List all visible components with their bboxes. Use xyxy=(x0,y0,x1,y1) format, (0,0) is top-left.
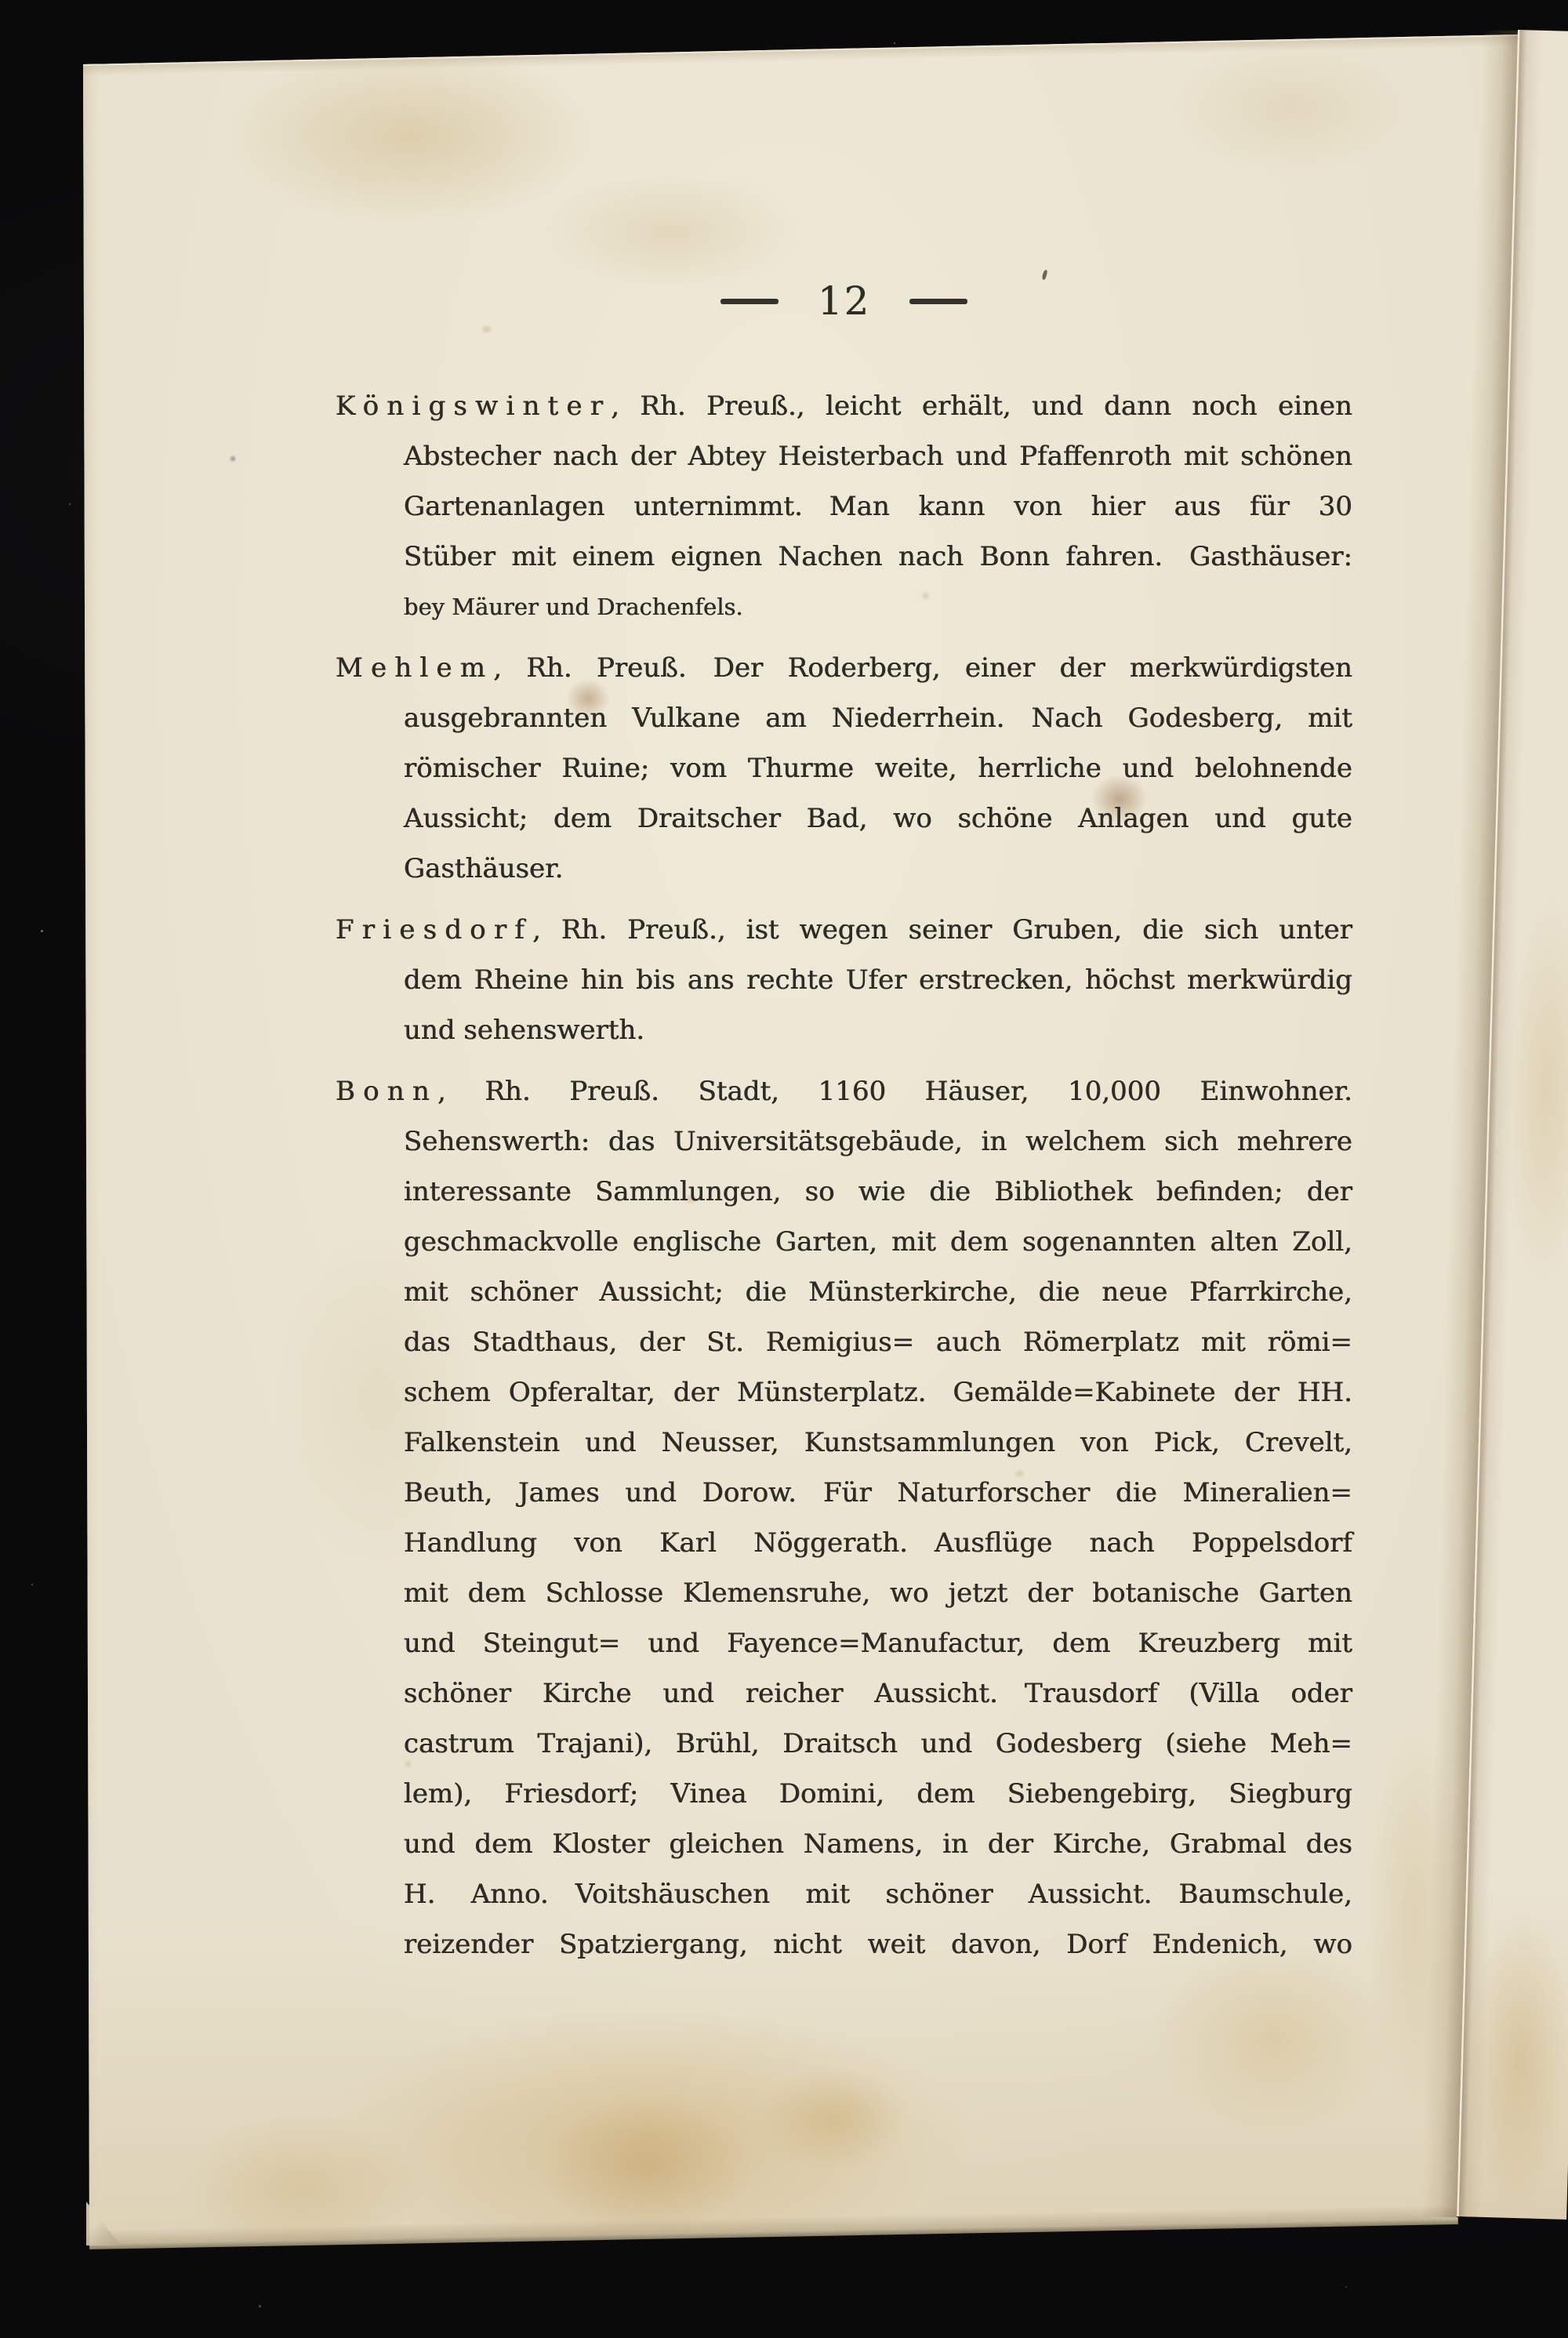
dust-speck xyxy=(894,42,895,44)
text-line: mit schöner Aussicht; die Münsterkirche,… xyxy=(336,1267,1352,1317)
page-left-edge xyxy=(82,63,99,2245)
entry-first-line-rest: , Rh. Preuß., leicht erhält, und dann no… xyxy=(611,390,1352,422)
text-line: und sehenswerth. xyxy=(336,1005,1352,1055)
entry-friesdorf: Friesdorf, Rh. Preuß., ist wegen seiner … xyxy=(336,905,1352,1055)
page-header: — 12 — xyxy=(336,276,1352,326)
text-line: mit dem Schlosse Klemensruhe, wo jetzt d… xyxy=(336,1568,1352,1618)
text-line: Falkenstein und Neusser, Kunstsammlungen… xyxy=(336,1418,1352,1468)
entry-bonn: Bonn, Rh. Preuß. Stadt, 1160 Häuser, 10,… xyxy=(336,1066,1352,1970)
text-line: Bonn, Rh. Preuß. Stadt, 1160 Häuser, 10,… xyxy=(336,1066,1352,1116)
page-number: 12 xyxy=(818,278,871,324)
page-top-edge xyxy=(82,34,1524,76)
text-line: das Stadthaus, der St. Remigius= auch Rö… xyxy=(336,1317,1352,1367)
entry-headword: Bonn xyxy=(336,1076,437,1107)
text-line: Gasthäuser. xyxy=(336,844,1352,894)
text-line: lem), Friesdorf; Vinea Domini, dem Siebe… xyxy=(336,1769,1352,1819)
text-line: Beuth, James und Dorow. Für Naturforsche… xyxy=(336,1468,1352,1518)
dust-speck xyxy=(259,2305,261,2307)
entry-headword: Mehlem xyxy=(336,652,493,684)
header-rule-right: — xyxy=(909,299,967,304)
text-line: Gartenanlagen unternimmt. Man kann von h… xyxy=(336,481,1352,532)
text-line: schem Opferaltar, der Münsterplatz. Gemä… xyxy=(336,1367,1352,1418)
dust-speck xyxy=(69,503,71,505)
text-line: Stüber mit einem eignen Nachen nach Bonn… xyxy=(336,532,1352,582)
text-line: Handlung von Karl Nöggerath. Ausflüge na… xyxy=(336,1518,1352,1568)
entry-first-line-rest: , Rh. Preuß., ist wegen seiner Gruben, d… xyxy=(532,914,1352,946)
text-line: reizender Spatziergang, nicht weit davon… xyxy=(336,1919,1352,1970)
text-line: castrum Trajani), Brühl, Draitsch und Go… xyxy=(336,1719,1352,1769)
text-line: Mehlem, Rh. Preuß. Der Roderberg, einer … xyxy=(336,643,1352,693)
header-rule-left: — xyxy=(720,299,779,304)
text-line: H. Anno. Voitshäuschen mit schöner Aussi… xyxy=(336,1869,1352,1919)
text-line: Friesdorf, Rh. Preuß., ist wegen seiner … xyxy=(336,905,1352,955)
black-backing-cloth: — 12 — Königswinter, Rh. Preuß., leicht … xyxy=(0,0,1568,2338)
entry-headword: Friesdorf xyxy=(336,914,532,946)
text-line: Königswinter, Rh. Preuß., leicht erhält,… xyxy=(336,381,1352,431)
text-line: Abstecher nach der Abtey Heisterbach und… xyxy=(336,431,1352,481)
entry-first-line-rest: , Rh. Preuß. Stadt, 1160 Häuser, 10,000 … xyxy=(437,1076,1352,1107)
text-line: Sehenswerth: das Universitätsgebäude, in… xyxy=(336,1116,1352,1167)
text-line: dem Rheine hin bis ans rechte Ufer erstr… xyxy=(336,955,1352,1005)
entry-mehlem: Mehlem, Rh. Preuß. Der Roderberg, einer … xyxy=(336,643,1352,894)
entry-first-line-rest: , Rh. Preuß. Der Roderberg, einer der me… xyxy=(493,652,1352,684)
entry-headword: Königswinter xyxy=(336,390,611,422)
text-line: interessante Sammlungen, so wie die Bibl… xyxy=(336,1167,1352,1217)
text-line: Aussicht; dem Draitscher Bad, wo schöne … xyxy=(336,793,1352,844)
text-line: römischer Ruine; vom Thurme weite, herrl… xyxy=(336,743,1352,793)
text-line: und Steingut= und Fayence=Manufactur, de… xyxy=(336,1618,1352,1668)
scan-root: { "header": { "left_dash": "\u2014", "pa… xyxy=(0,0,1568,2338)
text-line: bey Mäurer und Drachenfels. xyxy=(336,582,1352,632)
entry-konigswinter: Königswinter, Rh. Preuß., leicht erhält,… xyxy=(336,381,1352,632)
text-line: und dem Kloster gleichen Namens, in der … xyxy=(336,1819,1352,1869)
dust-speck xyxy=(41,930,43,932)
dust-speck xyxy=(1345,2286,1347,2288)
dust-speck xyxy=(31,1584,33,1585)
text-line: schöner Kirche und reicher Aussicht. Tra… xyxy=(336,1668,1352,1719)
text-column: Königswinter, Rh. Preuß., leicht erhält,… xyxy=(336,381,1352,1970)
text-line: geschmackvolle englische Garten, mit dem… xyxy=(336,1217,1352,1267)
text-line: ausgebrannten Vulkane am Niederrhein. Na… xyxy=(336,693,1352,743)
